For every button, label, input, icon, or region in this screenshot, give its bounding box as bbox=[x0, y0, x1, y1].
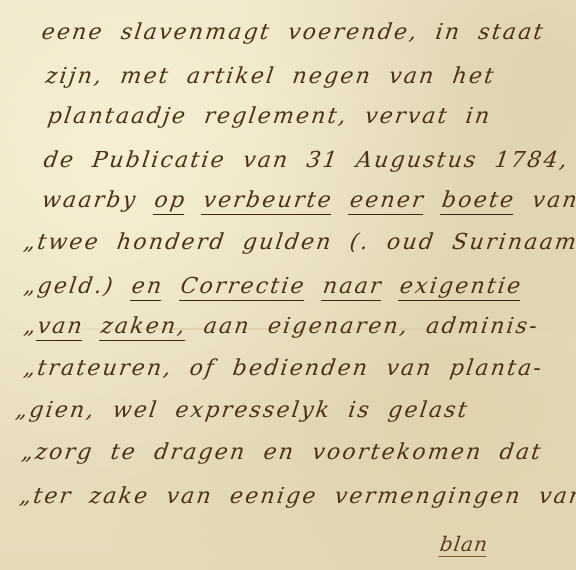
text-line-3: plantaadje reglement, vervat in bbox=[46, 104, 493, 129]
underlined-word: van bbox=[36, 314, 86, 341]
text-line-8: „van zaken, aan eigenaren, adminis- bbox=[22, 314, 541, 341]
word: aan eigenaren, adminis- bbox=[202, 314, 541, 339]
text-line-1: eene slavenmagt voerende, in staat bbox=[40, 20, 546, 45]
text-line-10: „gien, wel expresselyk is gelast bbox=[14, 398, 471, 423]
underlined-word: boete bbox=[440, 188, 517, 215]
underlined-word: Correctie bbox=[179, 274, 308, 301]
word: van bbox=[531, 188, 576, 213]
underlined-word: verbeurte bbox=[201, 188, 334, 215]
text-line-5: waarby op verbeurte eener boete van bbox=[40, 188, 576, 215]
underlined-word: zaken, bbox=[99, 314, 188, 341]
text-line-4: de Publicatie van 31 Augustus 1784, bbox=[42, 148, 571, 173]
text-line-12: „ter zake van eenige vermengingen van bbox=[18, 484, 576, 509]
word: waarby bbox=[40, 188, 139, 213]
underlined-word: exigentie bbox=[398, 274, 524, 301]
underlined-word: op bbox=[153, 188, 189, 215]
underlined-word: en bbox=[130, 274, 165, 301]
underlined-word: eener bbox=[348, 188, 427, 215]
underlined-word: naar bbox=[321, 274, 385, 301]
manuscript-page: eene slavenmagt voerende, in staat zijn,… bbox=[0, 0, 576, 570]
text-line-6: „twee honderd gulden (. oud Surinaams bbox=[22, 230, 576, 255]
text-line-9: „trateuren, of bedienden van planta- bbox=[22, 356, 545, 381]
word: „geld.) bbox=[22, 274, 116, 299]
text-line-2: zijn, met artikel negen van het bbox=[44, 64, 497, 89]
catchword: blan bbox=[438, 532, 490, 557]
text-line-7: „geld.) en Correctie naar exigentie bbox=[22, 274, 524, 301]
text-line-11: „zorg te dragen en voortekomen dat bbox=[20, 440, 544, 465]
